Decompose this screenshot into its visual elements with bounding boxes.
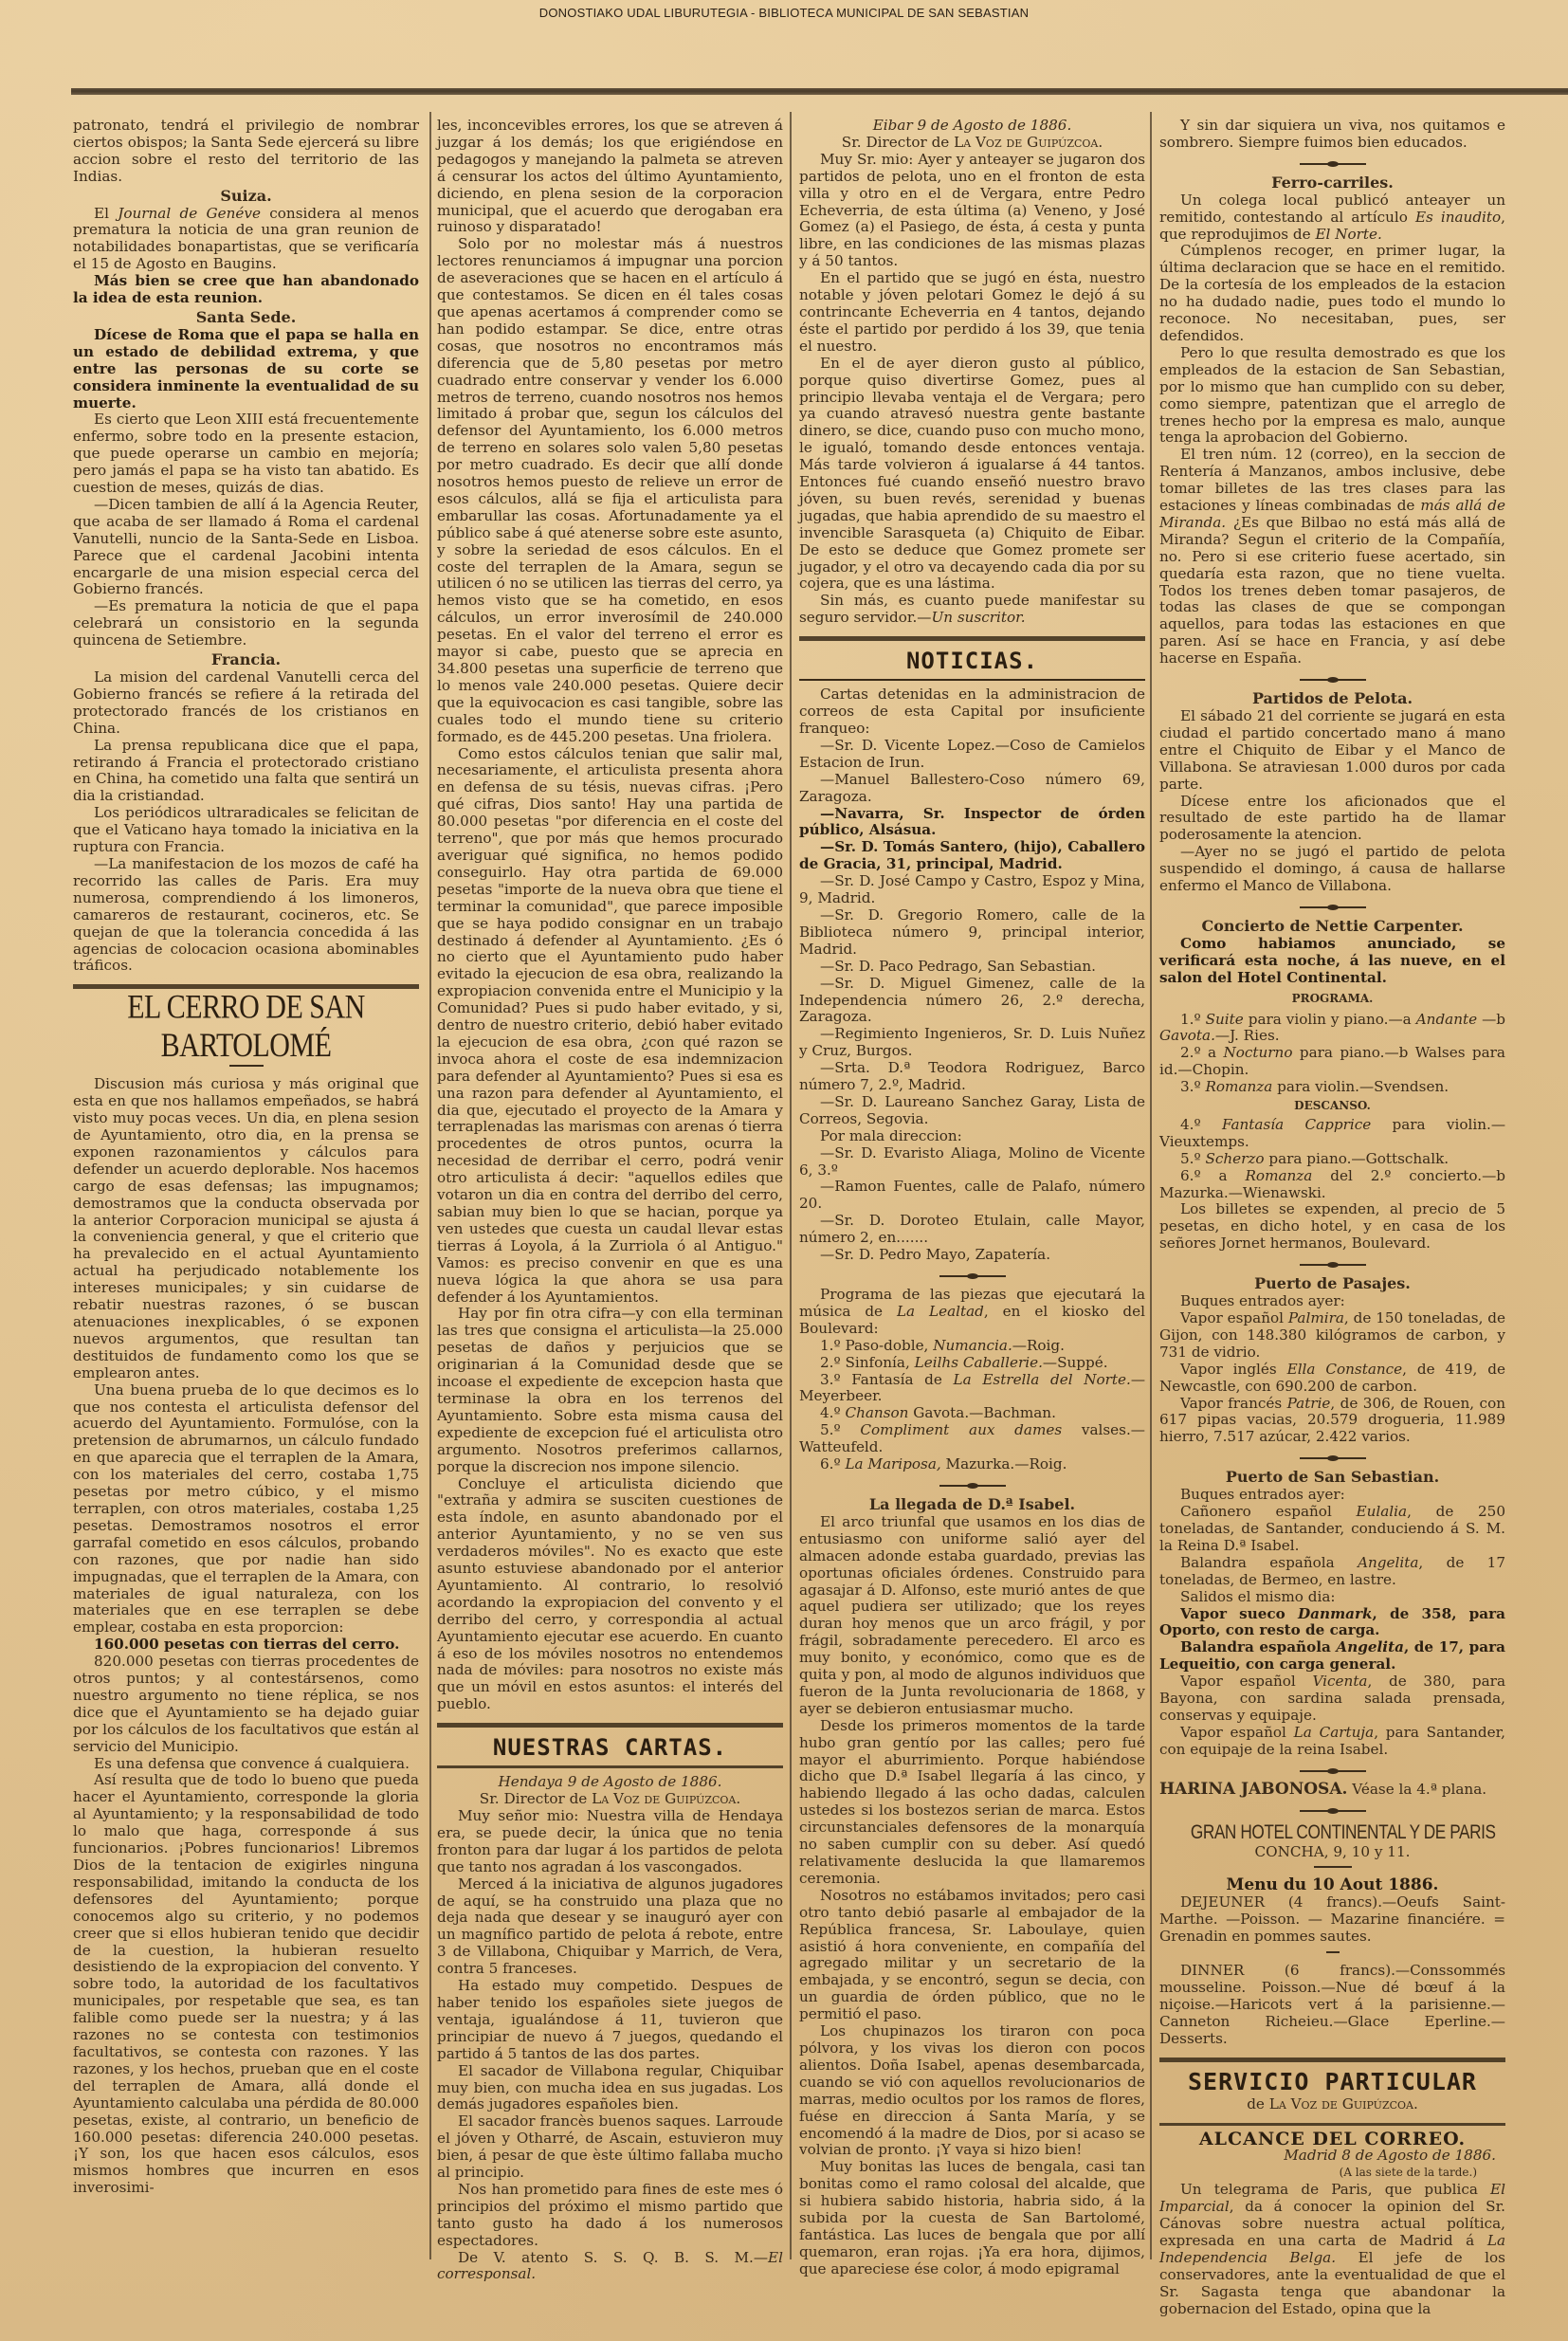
section-title-noticias: NOTICIAS. — [799, 647, 1145, 675]
ornament-divider — [1300, 161, 1366, 167]
menu-dinner: DINNER (6 francs).—Conssommés mousseline… — [1159, 1963, 1505, 2048]
paragraph: Los periódicos ultraradicales se felicit… — [73, 805, 419, 856]
paragraph: Merced á la iniciativa de algunos jugado… — [437, 1876, 783, 1978]
paragraph: En el partido que se jugó en ésta, nuest… — [799, 270, 1145, 356]
paragraph: Sin más, es cuanto puede manifestar su s… — [799, 593, 1145, 627]
ornament-divider — [1300, 677, 1366, 683]
section-heading-ferrocarriles: Ferro-carriles. — [1159, 174, 1505, 192]
paragraph: —Es prematura la noticia de que el papa … — [73, 598, 419, 649]
short-rule — [1326, 1951, 1340, 1953]
paragraph: Hay por fin otra cifra—y con ella termin… — [437, 1306, 783, 1475]
paragraph: Nosotros no estábamos invitados; pero ca… — [799, 1888, 1145, 2023]
paragraph: Un colega local publicó anteayer un remi… — [1159, 192, 1505, 244]
column-1: patronato, tendrá el privilegio de nombr… — [73, 118, 419, 2197]
column-3: Eibar 9 de Agosto de 1886. Sr. Director … — [799, 118, 1145, 2278]
paragraph: Es cierto que Leon XIII está frecuenteme… — [73, 412, 419, 497]
ornament-divider — [939, 1273, 1006, 1279]
section-heading-suiza: Suiza. — [73, 188, 419, 205]
section-heading-francia: Francia. — [73, 651, 419, 668]
intermission-label: DESCANSO. — [1159, 1098, 1505, 1115]
hotel-name: GRAN HOTEL CONTINENTAL Y DE PARIS — [1191, 1821, 1474, 1844]
list-item: Vapor español Palmira, de 150 toneladas,… — [1159, 1310, 1505, 1362]
paragraph: El sábado 21 del corriente se jugará en … — [1159, 708, 1505, 794]
paragraph: Por mala direccion: — [799, 1128, 1145, 1145]
section-heading-pelota: Partidos de Pelota. — [1159, 690, 1505, 707]
program-item: 4.º Chanson Gavota.—Bachman. — [799, 1405, 1145, 1422]
short-rule — [1314, 1866, 1352, 1868]
paragraph: Solo por no molestar más á nuestros lect… — [437, 236, 783, 745]
paragraph: Buques entrados ayer: — [1159, 1293, 1505, 1310]
section-heading-san-sebastian: Puerto de San Sebastian. — [1159, 1469, 1505, 1486]
paragraph: Un telegrama de Paris, que publica El Im… — [1159, 2182, 1505, 2317]
list-item: Vapor español La Cartuja, para Santander… — [1159, 1725, 1505, 1759]
section-title-nuestras-cartas: NUESTRAS CARTAS. — [437, 1733, 783, 1762]
ornament-divider — [939, 1483, 1006, 1489]
paragraph: Y sin dar siquiera un viva, nos quitamos… — [1159, 118, 1505, 152]
program-item: 5.º Scherzo para piano.—Gottschalk. — [1159, 1151, 1505, 1168]
menu-dejeuner: DEJEUNER (4 francs).—Oeufs Saint-Marthe.… — [1159, 1894, 1505, 1946]
section-rule — [437, 1765, 783, 1768]
section-rule — [1159, 2123, 1505, 2126]
program-item: 1.º Paso-doble, Numancia.—Roig. — [799, 1338, 1145, 1355]
paragraph: —Dicen tambien de allí á la Agencia Reut… — [73, 497, 419, 598]
section-rule — [437, 1723, 783, 1728]
paragraph: Es una defensa que convence á cualquiera… — [73, 1756, 419, 1773]
program-item: 1.º Suite para violin y piano.—a Andante… — [1159, 1012, 1505, 1046]
section-rule — [799, 636, 1145, 641]
paragraph: patronato, tendrá el privilegio de nombr… — [73, 118, 419, 186]
list-item: —Sr. D. Vicente Lopez.—Coso de Camielos … — [799, 738, 1145, 772]
paragraph: Como estos cálculos tenian que salir mal… — [437, 746, 783, 1307]
paragraph: Programa de las piezas que ejecutará la … — [799, 1287, 1145, 1338]
section-subtitle: de La Voz de Guipúzcoa. — [1159, 2096, 1505, 2113]
program-item: 3.º Fantasía de La Estrella del Norte.—M… — [799, 1372, 1145, 1406]
paragraph: Pero lo que resulta demostrado es que lo… — [1159, 345, 1505, 447]
paragraph: Cartas detenidas en la administracion de… — [799, 686, 1145, 738]
paragraph: Así resulta que de todo lo bueno que pue… — [73, 1772, 419, 2197]
paragraph: El tren núm. 12 (correo), en la seccion … — [1159, 447, 1505, 668]
list-item: Cañonero español Eulalia, de 250 tonelad… — [1159, 1504, 1505, 1555]
paragraph: Más bien se cree que han abandonado la i… — [73, 273, 419, 307]
column-divider — [429, 112, 431, 2259]
ornament-divider — [1300, 1262, 1366, 1268]
list-item: —Manuel Ballestero-Coso número 69, Zarag… — [799, 772, 1145, 806]
paragraph: Ha estado muy competido. Despues de habe… — [437, 1978, 783, 2063]
paragraph: 160.000 pesetas con tierras del cerro. — [73, 1637, 419, 1654]
list-item: —Sr. D. Miguel Gimenez, calle de la Inde… — [799, 976, 1145, 1027]
paragraph: Discusion más curiosa y más original que… — [73, 1076, 419, 1381]
paragraph: La mision del cardenal Vanutelli cerca d… — [73, 669, 419, 738]
column-divider — [790, 112, 792, 2259]
list-item: —Ramon Fuentes, calle de Palafo, número … — [799, 1179, 1145, 1213]
dateline: Hendaya 9 de Agosto de 1886. — [437, 1774, 783, 1791]
list-item: Balandra española Angelita, de 17 tonela… — [1159, 1555, 1505, 1589]
paragraph: Muy bonitas las luces de bengala, casi t… — [799, 2159, 1145, 2277]
advertisement: HARINA JABONOSA. Véase la 4.ª plana. — [1159, 1782, 1505, 1799]
top-rule — [71, 88, 1568, 95]
dateline: Madrid 8 de Agosto de 1886. — [1159, 2148, 1505, 2165]
paragraph: Dícese entre los aficionados que el resu… — [1159, 794, 1505, 845]
program-list: 4.º Fantasía Capprice para violin.—Vieux… — [1159, 1117, 1505, 1202]
program-item: 2.º a Nocturno para piano.—b Walses para… — [1159, 1045, 1505, 1079]
list-item: Vapor español Vicenta, de 380, para Bayo… — [1159, 1673, 1505, 1725]
paragraph: Los billetes se expenden, al precio de 5… — [1159, 1201, 1505, 1253]
paragraph: Concluye el articulista diciendo que "ex… — [437, 1476, 783, 1714]
paragraph: Como habiamos anunciado, se verificará e… — [1159, 936, 1505, 987]
program-item: 6.º La Mariposa, Mazurka.—Roig. — [799, 1456, 1145, 1473]
paragraph: Los chupinazos los tiraron con poca pólv… — [799, 2023, 1145, 2159]
ornament-divider — [1300, 905, 1366, 910]
list-item: Balandra española Angelita, de 17, para … — [1159, 1639, 1505, 1673]
paragraph: —Ayer no se jugó el partido de pelota su… — [1159, 844, 1505, 895]
article-title-cerro: EL CERRO DE SAN BARTOLOMÉ — [73, 989, 419, 1067]
paragraph: El arco triunfal que usamos en los dias … — [799, 1514, 1145, 1718]
section-heading-alcance: ALCANCE DEL CORREO. — [1159, 2131, 1505, 2149]
signature: De V. atento S. S. Q. B. S. M.—El corres… — [437, 2250, 783, 2284]
section-heading-santa-sede: Santa Sede. — [73, 309, 419, 326]
list-item: —Sr. D. Paco Pedrago, San Sebastian. — [799, 959, 1145, 976]
ornament-divider — [1300, 1455, 1366, 1461]
salutation: Sr. Director de La Voz de Guipúzcoa. — [437, 1791, 783, 1808]
ornament-divider — [1300, 1808, 1366, 1814]
list-item: Vapor inglés Ella Constance, de 419, de … — [1159, 1362, 1505, 1396]
list-item: —Sr. D. José Campo y Castro, Espoz y Min… — [799, 873, 1145, 907]
list-item: —Sr. D. Pedro Mayo, Zapatería. — [799, 1247, 1145, 1264]
list-item: —Sr. D. Laureano Sanchez Garay, Lista de… — [799, 1094, 1145, 1128]
program-item: 5.º Compliment aux dames valses.—Watteuf… — [799, 1422, 1145, 1456]
paragraph: Buques entrados ayer: — [1159, 1487, 1505, 1504]
archive-header: DONOSTIAKO UDAL LIBURUTEGIA - BIBLIOTECA… — [0, 6, 1568, 20]
program-item: 4.º Fantasía Capprice para violin.—Vieux… — [1159, 1117, 1505, 1151]
list-item: Vapor francés Patrie, de 306, de Rouen, … — [1159, 1396, 1505, 1447]
program-label: PROGRAMA. — [1159, 991, 1505, 1008]
paragraph: El sacador francès buenos saques. Larrou… — [437, 2113, 783, 2182]
paragraph: En el de ayer dieron gusto al público, p… — [799, 356, 1145, 594]
paragraph: Dícese de Roma que el papa se halla en u… — [73, 327, 419, 412]
ornament-divider — [1300, 1768, 1366, 1774]
list-item: —Regimiento Ingenieros, Sr. D. Luis Nuñe… — [799, 1026, 1145, 1060]
list-item: —Srta. D.ª Teodora Rodriguez, Barco núme… — [799, 1060, 1145, 1094]
section-rule — [799, 679, 1145, 681]
paragraph: 820.000 pesetas con tierras procedentes … — [73, 1654, 419, 1755]
list-item: —Sr. D. Doroteo Etulain, calle Mayor, nú… — [799, 1213, 1145, 1247]
program-list: 1.º Paso-doble, Numancia.—Roig.2.º Sinfo… — [799, 1338, 1145, 1473]
salutation: Sr. Director de La Voz de Guipúzcoa. — [799, 135, 1145, 152]
paragraph: les, inconcevibles errores, los que se a… — [437, 118, 783, 236]
list-item: Vapor sueco Danmark, de 358, para Oporto… — [1159, 1606, 1505, 1640]
paragraph: Cúmplenos recoger, en primer lugar, la ú… — [1159, 243, 1505, 344]
list-item: —Sr. D. Evaristo Aliaga, Molino de Vicen… — [799, 1145, 1145, 1180]
paragraph: Muy Sr. mio: Ayer y anteayer se jugaron … — [799, 152, 1145, 270]
program-item: 6.º a Romanza del 2.º concierto.—b Mazur… — [1159, 1168, 1505, 1202]
paragraph: Desde los primeros momentos de la tarde … — [799, 1718, 1145, 1888]
section-heading-pasajes: Puerto de Pasajes. — [1159, 1275, 1505, 1292]
program-item: 2.º Sinfonía, Leilhs Caballerie.—Suppé. — [799, 1355, 1145, 1372]
hotel-address: CONCHA, 9, 10 y 11. — [1159, 1844, 1505, 1861]
section-title-servicio: SERVICIO PARTICULAR — [1159, 2068, 1505, 2096]
program-item: 3.º Romanza para violin.—Svendsen. — [1159, 1079, 1505, 1096]
paragraph: Nos han prometido para fines de este mes… — [437, 2182, 783, 2250]
paragraph: El sacador de Villabona regular, Chiquib… — [437, 2063, 783, 2114]
section-heading-isabel: La llegada de D.ª Isabel. — [799, 1496, 1145, 1513]
list-item: —Navarra, Sr. Inspector de órden público… — [799, 806, 1145, 840]
paragraph: —La manifestacion de los mozos de café h… — [73, 856, 419, 975]
paragraph: Salidos el mismo dia: — [1159, 1589, 1505, 1606]
section-heading-concierto: Concierto de Nettie Carpenter. — [1159, 918, 1505, 935]
paragraph: Muy señor mio: Nuestra villa de Hendaya … — [437, 1808, 783, 1876]
dateline: Eibar 9 de Agosto de 1886. — [799, 118, 1145, 135]
column-divider — [1150, 112, 1152, 2259]
list-item: —Sr. D. Gregorio Romero, calle de la Bib… — [799, 907, 1145, 959]
paragraph: Una buena prueba de lo que decimos es lo… — [73, 1382, 419, 1637]
paragraph: La prensa republicana dice que el papa, … — [73, 738, 419, 806]
section-rule — [1159, 2058, 1505, 2062]
program-list: 1.º Suite para violin y piano.—a Andante… — [1159, 1012, 1505, 1097]
list-item: —Sr. D. Tomás Santero, (hijo), Caballero… — [799, 839, 1145, 873]
column-2: les, inconcevibles errores, los que se a… — [437, 118, 783, 2283]
column-4: Y sin dar siquiera un viva, nos quitamos… — [1159, 118, 1505, 2318]
menu-title: Menu du 10 Aout 1886. — [1159, 1877, 1505, 1894]
paragraph: El Journal de Genéve considera al menos … — [73, 206, 419, 274]
time-note: (A las siete de la tarde.) — [1159, 2165, 1505, 2182]
